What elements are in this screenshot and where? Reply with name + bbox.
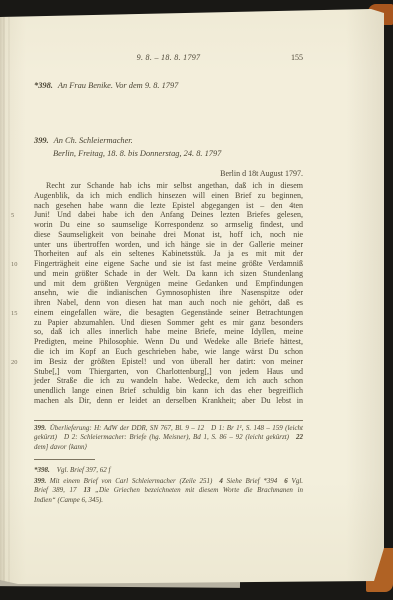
margin-line-number: 10 <box>11 260 24 270</box>
letter-line-text: und mein größter Schade in der Welt. Da … <box>34 269 303 278</box>
letter-body-line: Predigten, meine Philosophie. Wenn Du un… <box>34 337 303 347</box>
letter-body-line: unter uns übertroffen worden, und ich hä… <box>34 240 303 250</box>
letter-line-text: machen als Dir, denn er leidet an dersel… <box>34 396 303 405</box>
letter-399-heading: 399.An Ch. Schleiermacher. Berlin, Freit… <box>34 135 314 160</box>
letter-line-text: Fingerträgheit eine eigene Sache und sie… <box>34 259 303 268</box>
letter-399-place-date: Berlin, Freitag, 18. 8. bis Donnerstag, … <box>53 148 314 161</box>
letter-line-text: Juni! Und dabei habe ich den Anfang Dein… <box>34 210 303 219</box>
letter-body-line: unendlich lange einen Brief schuldig bin… <box>34 386 303 396</box>
letter-line-text: worin Du eine so saumselige Korresponden… <box>34 220 303 229</box>
apparatus-line: dem] davor ⟨kann⟩ <box>34 443 303 452</box>
letter-line-text: ansehn, wie die indianischen Gymnosophis… <box>34 288 303 297</box>
margin-line-number: 5 <box>11 211 24 221</box>
letter-399-dateline: Berlin d 18t August 1797. <box>34 169 303 178</box>
letter-398-number: *398. <box>34 81 53 90</box>
running-head: 9. 8. – 18. 8. 1797 155 <box>34 53 303 65</box>
book-photo: 9. 8. – 18. 8. 1797 155 *398.An Frau Ben… <box>0 0 393 600</box>
letter-line-text: im Besiz der größten Epistel! und von üb… <box>34 357 303 366</box>
letter-line-text: jeder Straße die ich zu wandeln habe. We… <box>34 376 303 385</box>
letter-body-line: worin Du eine so saumselige Korresponden… <box>34 220 303 230</box>
letter-body-line: Stube[,] vom Thiergarten, von Charlotten… <box>34 367 303 377</box>
letter-line-text: unendlich lange einen Brief schuldig bin… <box>34 386 303 395</box>
apparatus-ueberlieferung: 399. Überlieferung: H: AdW der DDR, SN 7… <box>34 424 303 452</box>
letter-body-line: ansehn, wie die indianischen Gymnosophis… <box>34 288 303 298</box>
letter-body-line: Thorheiten auf als ein seltenes Kabinets… <box>34 249 303 259</box>
apparatus-line: 399. Überlieferung: H: AdW der DDR, SN 7… <box>34 424 303 433</box>
apparatus-divider-rule <box>34 420 303 421</box>
letter-line-text: Recht zur Schande hab ichs mir selbst an… <box>46 181 303 190</box>
letter-line-text: diese Saumseligkeit von beinahe drei Mon… <box>34 230 303 239</box>
letter-line-text: so, daß ich alles innerlich habe meine B… <box>34 327 303 336</box>
letter-line-text: und mit dem größten Vergnügen meine Geda… <box>34 279 303 288</box>
letter-body-line: 5Juni! Und dabei habe ich den Anfang Dei… <box>34 210 303 220</box>
letter-body-line: 20im Besiz der größten Epistel! und von … <box>34 357 303 367</box>
letter-line-text: Stube[,] vom Thiergarten, von Charlotten… <box>34 367 303 376</box>
margin-line-number: 15 <box>11 309 24 319</box>
letter-399-number-title: 399.An Ch. Schleiermacher. <box>34 135 314 148</box>
footnote-divider-rule <box>34 459 95 460</box>
letter-body-line: nach gesehen habe wann die lezte Epistel… <box>34 201 303 211</box>
letter-line-text: die ich im Kopf an Euch geschrieben habe… <box>34 347 303 356</box>
letter-body-line: 15einem eingefallen wäre, die besagten G… <box>34 308 303 318</box>
footnote-line: 399. Mit einem Brief von Carl Schleierma… <box>34 477 303 486</box>
letter-body-line: Recht zur Schande hab ichs mir selbst an… <box>34 181 303 191</box>
page-gutter-shading <box>0 0 16 600</box>
letter-body-line: ihren Nabel, denn von diesen hat man auc… <box>34 298 303 308</box>
letter-body-line: und mein größter Schade in der Welt. Da … <box>34 269 303 279</box>
page-number: 155 <box>291 53 303 62</box>
letter-body-line: und mit dem größten Vergnügen meine Geda… <box>34 279 303 289</box>
letter-line-text: Predigten, meine Philosophie. Wenn Du un… <box>34 337 303 346</box>
margin-line-number: 20 <box>11 358 24 368</box>
letter-399-number: 399. <box>34 136 49 145</box>
letter-body-line: so, daß ich alles innerlich habe meine B… <box>34 327 303 337</box>
book-page: 9. 8. – 18. 8. 1797 155 *398.An Frau Ben… <box>0 0 393 600</box>
letter-line-text: ihren Nabel, denn von diesen hat man auc… <box>34 298 303 307</box>
letter-398-title: An Frau Benike. Vor dem 9. 8. 1797 <box>58 81 178 90</box>
footnote-line: Brief 389, 17 13 „Die Griechen bezeichne… <box>34 486 303 495</box>
letter-body-line: zu Papier abzumahlen. Und diesen Sommer … <box>34 318 303 328</box>
letter-line-text: zu Papier abzumahlen. Und diesen Sommer … <box>34 318 303 327</box>
footnote-399: 399. Mit einem Brief von Carl Schleierma… <box>34 477 303 505</box>
apparatus-line: gekürzt) D 2: Schleiermacher: Briefe (hg… <box>34 433 303 442</box>
letter-line-text: einem eingefallen wäre, die besagten Geg… <box>34 308 303 317</box>
letter-399-title: An Ch. Schleiermacher. <box>54 136 133 145</box>
footnote-line: Indien“ (Campe 6, 345). <box>34 496 303 505</box>
letter-398-heading: *398.An Frau Benike. Vor dem 9. 8. 1797 <box>34 81 314 90</box>
letter-line-text: unter uns übertroffen worden, und ich hä… <box>34 240 303 249</box>
letter-body-line: die ich im Kopf an Euch geschrieben habe… <box>34 347 303 357</box>
letter-399-body: Recht zur Schande hab ichs mir selbst an… <box>34 181 303 406</box>
letter-line-text: nach gesehen habe wann die lezte Epistel… <box>34 201 303 210</box>
running-head-date-range: 9. 8. – 18. 8. 1797 <box>34 53 303 62</box>
letter-body-line: 10Fingerträgheit eine eigene Sache und s… <box>34 259 303 269</box>
letter-body-line: Augenblik, da ich mich endlich hinsezen … <box>34 191 303 201</box>
letter-line-text: Augenblik, da ich mich endlich hinsezen … <box>34 191 303 200</box>
letter-body-line: jeder Straße die ich zu wandeln habe. We… <box>34 376 303 386</box>
letter-line-text: Thorheiten auf als ein seltenes Kabinets… <box>34 249 303 258</box>
footnote-line: *398. Vgl. Brief 397, 62 f <box>34 466 303 475</box>
letter-body-line: diese Saumseligkeit von beinahe drei Mon… <box>34 230 303 240</box>
footnote-398: *398. Vgl. Brief 397, 62 f <box>34 466 303 475</box>
letter-body-line: machen als Dir, denn er leidet an dersel… <box>34 396 303 406</box>
